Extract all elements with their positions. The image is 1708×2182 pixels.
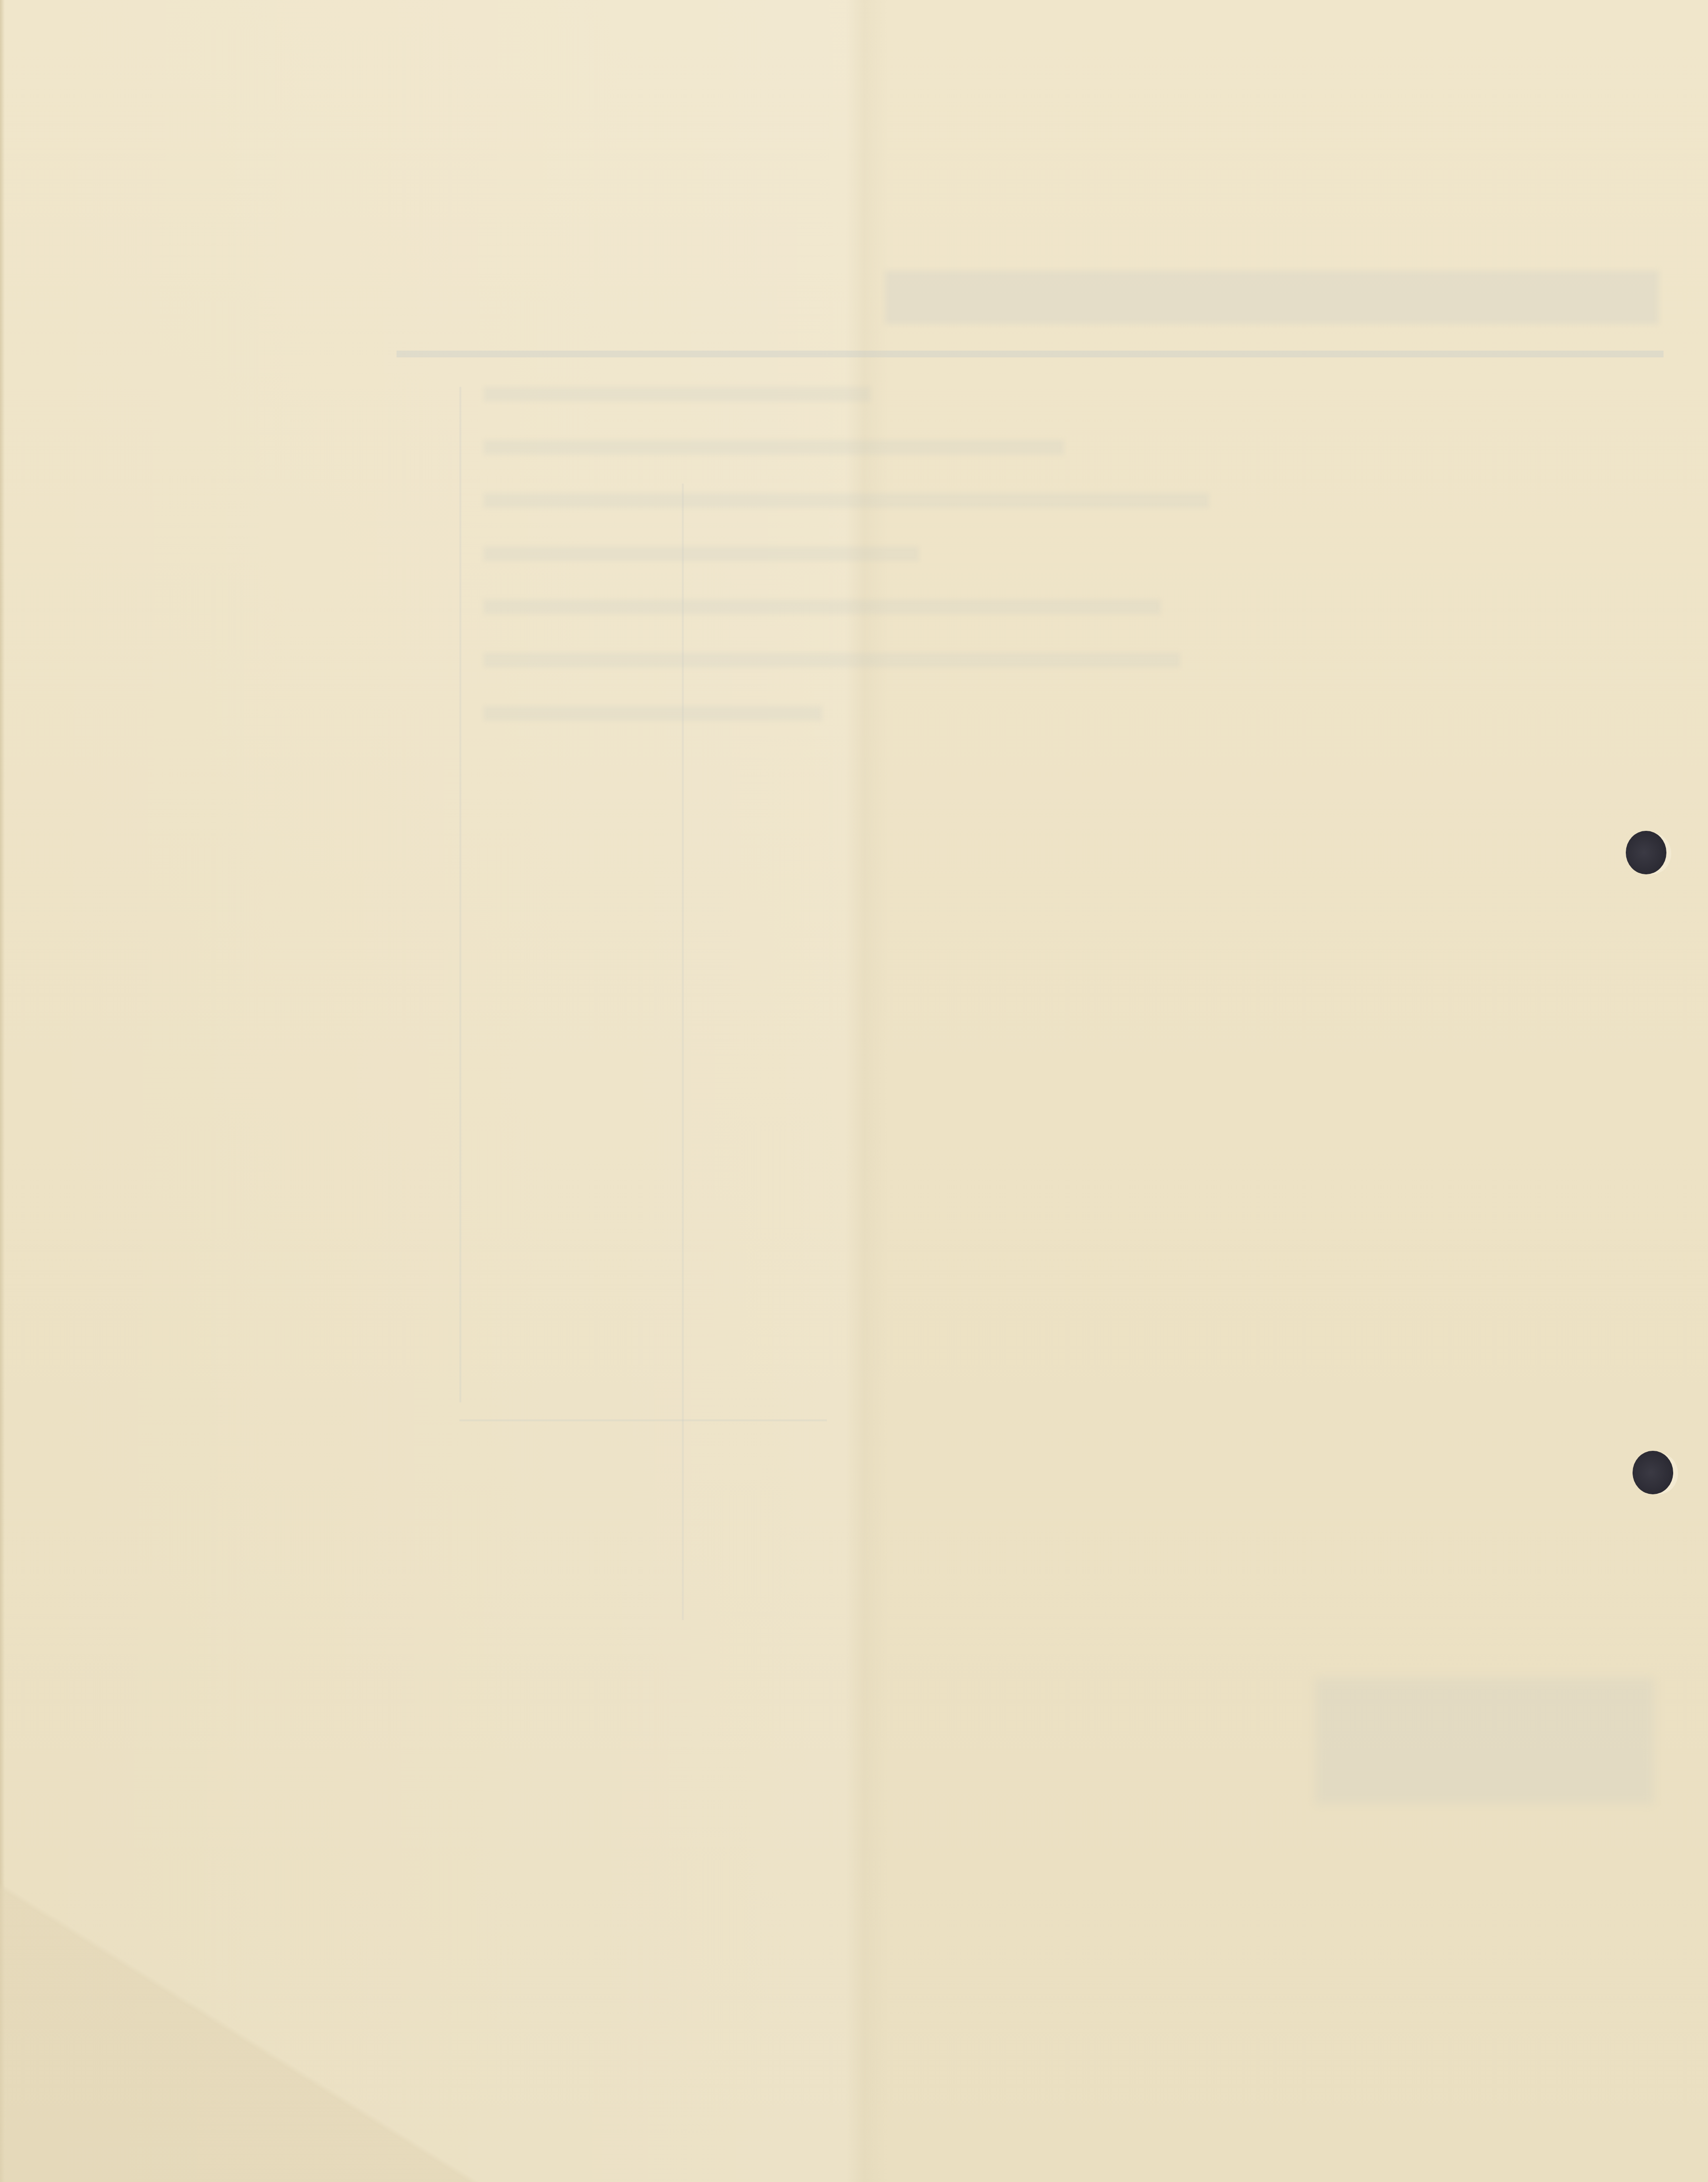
punch-hole-upper — [1626, 831, 1666, 874]
paper-sheet: Blank reverse side of a scanned paper sh… — [0, 0, 1708, 2182]
bleed-through-rule — [397, 351, 1664, 357]
bleed-through-signature-block — [1315, 1678, 1654, 1804]
bleed-through-heading — [885, 271, 1659, 324]
punch-hole-lower — [1633, 1451, 1673, 1494]
paper-edge — [0, 0, 5, 2182]
bleed-through-column-line — [682, 484, 684, 1620]
bleed-through-text-lines — [484, 387, 1451, 759]
bleed-through-row-line — [459, 1419, 827, 1421]
bleed-through-column-line — [459, 387, 461, 1402]
corner-fold — [0, 1872, 484, 2182]
